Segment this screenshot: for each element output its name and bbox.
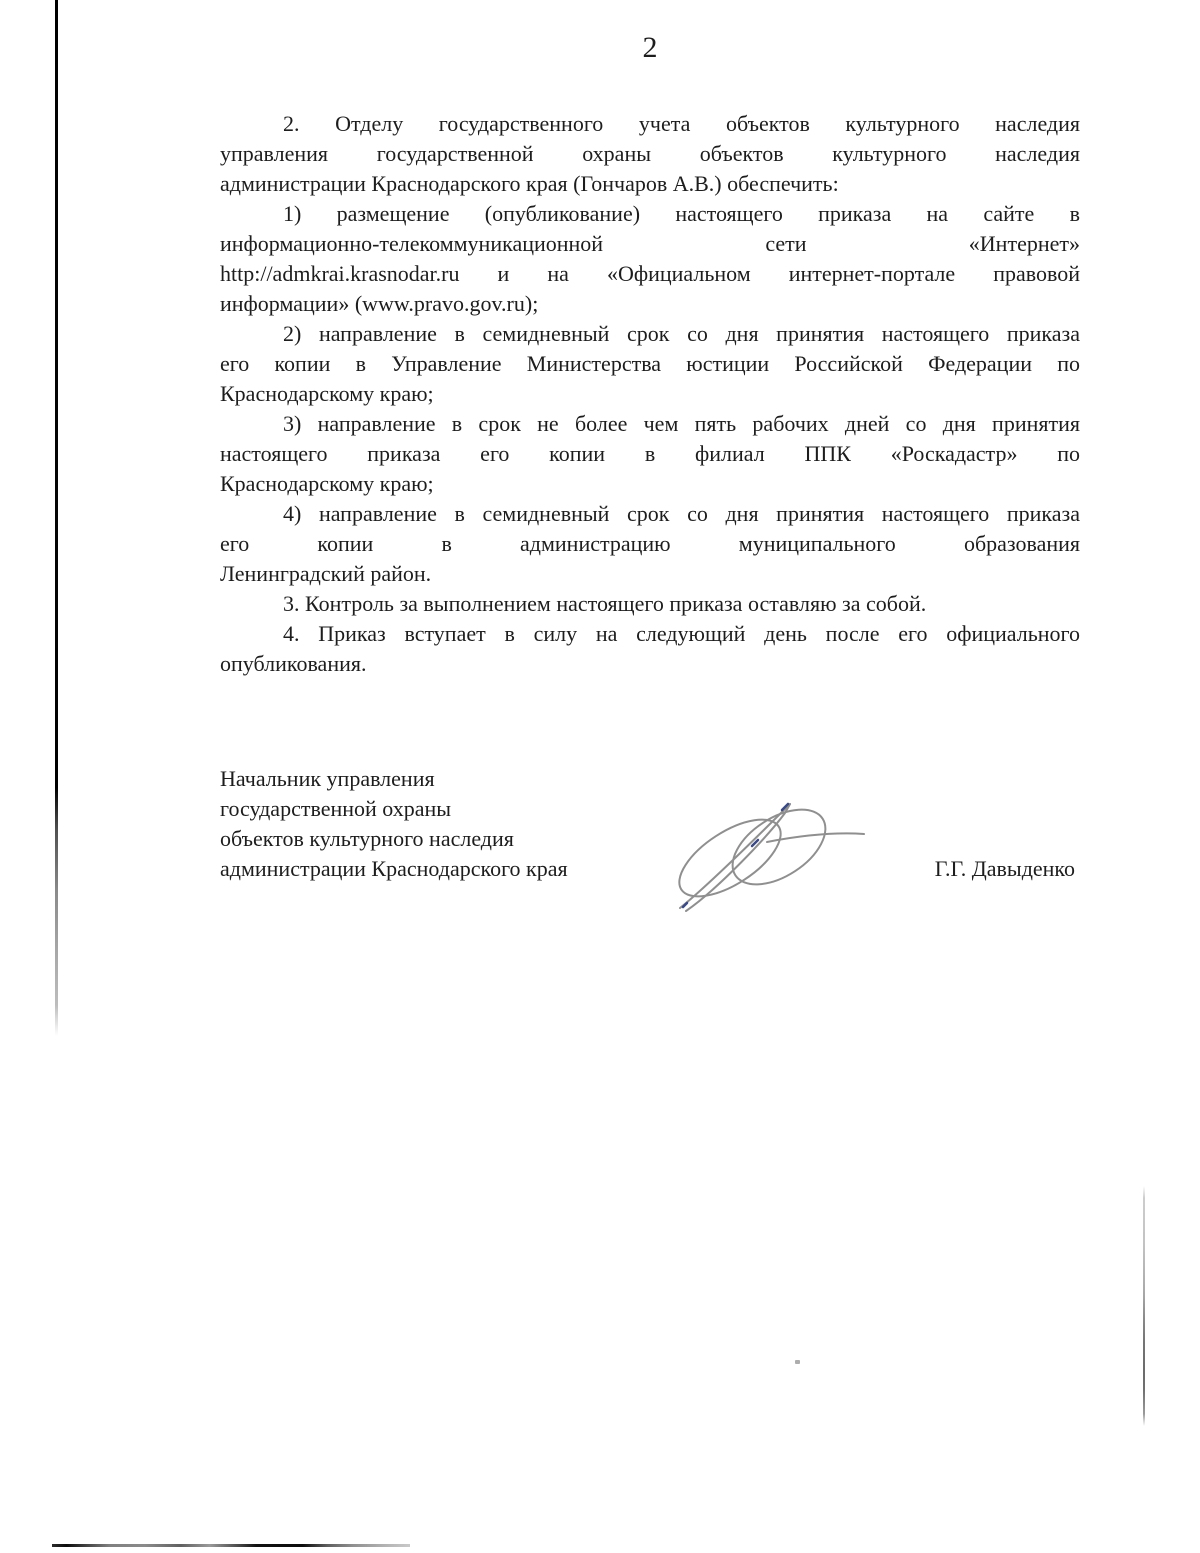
text-line: 3. Контроль за выполнением настоящего пр… (220, 589, 1080, 619)
text-line: его копии в Управление Министерства юсти… (220, 349, 1080, 379)
signer-title-line: Начальник управления (220, 764, 700, 794)
text-line: администрации Краснодарского края (Гонча… (220, 169, 1080, 199)
scan-artifact-speck (795, 1360, 800, 1364)
text-line: Краснодарскому краю; (220, 469, 1080, 499)
paragraph: 4) направление в семидневный срок со дня… (220, 499, 1080, 589)
signer-title-line: государственной охраны (220, 794, 700, 824)
signer-title-line: объектов культурного наследия (220, 824, 700, 854)
paragraph: 3. Контроль за выполнением настоящего пр… (220, 589, 1080, 619)
document-body: 2. Отделу государственного учета объекто… (220, 109, 1080, 679)
signer-title: Начальник управлениягосударственной охра… (220, 764, 700, 884)
paragraph: 3) направление в срок не более чем пять … (220, 409, 1080, 499)
text-line: http://admkrai.krasnodar.ru и на «Официа… (220, 259, 1080, 289)
text-line: его копии в администрацию муниципального… (220, 529, 1080, 559)
document-page: 2 2. Отделу государственного учета объек… (0, 0, 1200, 1553)
scan-artifact-bottom-edge (52, 1544, 410, 1547)
text-line: информационно-телекоммуникационной сети … (220, 229, 1080, 259)
signer-name: Г.Г. Давыденко (890, 854, 1075, 884)
text-line: Ленинградский район. (220, 559, 1080, 589)
page-number: 2 (220, 32, 1080, 64)
paragraph: 4. Приказ вступает в силу на следующий д… (220, 619, 1080, 679)
signature-scribble (666, 790, 874, 916)
scan-artifact-right-edge (1143, 1186, 1145, 1426)
text-line: настоящего приказа его копии в филиал ПП… (220, 439, 1080, 469)
signature-strokes (667, 794, 864, 911)
paragraph: 2. Отделу государственного учета объекто… (220, 109, 1080, 199)
text-line: 4. Приказ вступает в силу на следующий д… (220, 619, 1080, 649)
signer-title-line: администрации Краснодарского края (220, 854, 700, 884)
text-line: информации» (www.pravo.gov.ru); (220, 289, 1080, 319)
text-line: 2. Отделу государственного учета объекто… (220, 109, 1080, 139)
text-line: 4) направление в семидневный срок со дня… (220, 499, 1080, 529)
scan-artifact-left-edge (55, 0, 58, 1036)
text-line: опубликования. (220, 649, 1080, 679)
text-line: управления государственной охраны объект… (220, 139, 1080, 169)
text-line: 2) направление в семидневный срок со дня… (220, 319, 1080, 349)
paragraph: 2) направление в семидневный срок со дня… (220, 319, 1080, 409)
text-line: Краснодарскому краю; (220, 379, 1080, 409)
text-line: 1) размещение (опубликование) настоящего… (220, 199, 1080, 229)
paragraph: 1) размещение (опубликование) настоящего… (220, 199, 1080, 319)
text-line: 3) направление в срок не более чем пять … (220, 409, 1080, 439)
